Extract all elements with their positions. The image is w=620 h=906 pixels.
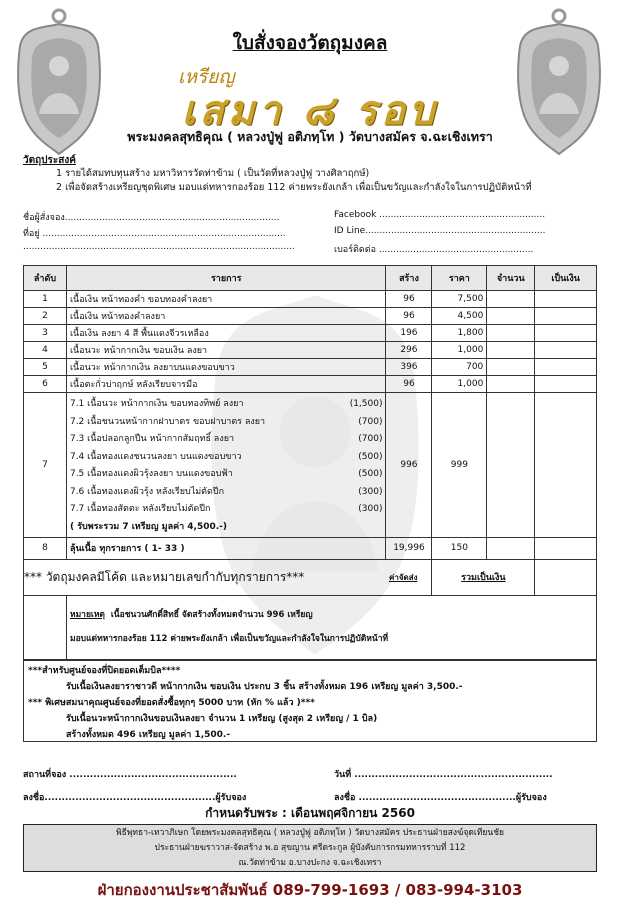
promo-line: *** พิเศษสมนาคุณศูนย์จองที่ยอดสั่งซื้อทุ… [28,695,592,711]
table-row: 8 ลุ้นเนื้อ ทุกรายการ ( 1- 33 ) 19,996 1… [24,537,597,559]
col-amount: เป็นเงิน [535,266,597,291]
sub-item-price: (500) [358,449,382,467]
amount-cell[interactable] [535,537,597,559]
remark-row: หมายเหตุ เนื้อชนวนศักดิ์สิทธิ์ จัดสร้างท… [24,595,597,659]
address-field-2[interactable]: ........................................… [23,242,295,252]
row-no: 1 [24,291,67,308]
amount-cell[interactable] [535,291,597,308]
remark-line1: เนื้อชนวนศักดิ์สิทธิ์ จัดสร้างทั้งหมดจำน… [111,610,313,620]
amount-cell[interactable] [535,342,597,359]
address-field[interactable]: ที่อยู่ ................................… [23,226,286,240]
sub-item-label: 7.3 เนื้อปลอกลูกปืน หน้ากากสัมฤทธิ์ ลงยา [70,431,234,449]
contact-line: ฝ่ายกองงานประชาสัมพันธ์ 089-799-1693 / 0… [0,878,620,902]
total-label: รวมเป็นเงิน [432,559,535,595]
date-field[interactable]: วันที่ .................................… [334,767,553,781]
purpose-item: 1 รายได้สมทบทุนสร้าง มหาวิหารวัดท่าข้าม … [56,166,369,181]
row-no: 7 [24,393,67,538]
table-row: 1เนื้อเงิน หน้าทองคำ ขอบทองคำลงยา967,500 [24,291,597,308]
sub-item: 7.6 เนื้อทองแดงผิวรุ้ง หลังเรียบไม่ตัดปี… [70,484,383,502]
code-note-row: *** วัตถุมงคลมีโค้ด และหมายเลขกำกับทุกรา… [24,559,597,595]
sub-item: 7.3 เนื้อปลอกลูกปืน หน้ากากสัมฤทธิ์ ลงยา… [70,431,383,449]
row7-items: 7.1 เนื้อนวะ หน้ากากเงิน ขอบทองทิพย์ ลงย… [66,393,386,538]
row-no: 3 [24,325,67,342]
sub-item-label: 7.5 เนื้อทองแดงผิวรุ้งลงยา บนแดงขอบฟ้า [70,466,233,484]
amount-cell[interactable] [535,308,597,325]
deadline: กำหนดรับพระ : เดือนพฤศจิกายน 2560 [0,804,620,823]
qty-cell[interactable] [487,537,535,559]
ceremony-line: ประธานฝ่ายฆราวาส-จัดสร้าง พ.อ สุขญาน ศรี… [24,841,596,856]
sub-item-label: 7.7 เนื้อทองสัตตะ หลังเรียบไม่ตัดปีก [70,501,210,519]
row-made: 96 [386,308,432,325]
sub-item: 7.1 เนื้อนวะ หน้ากากเงิน ขอบทองทิพย์ ลงย… [70,396,383,414]
amount-cell[interactable] [535,393,597,538]
table-row: 7 7.1 เนื้อนวะ หน้ากากเงิน ขอบทองทิพย์ ล… [24,393,597,538]
row-price: 7,500 [432,291,487,308]
amount-cell[interactable] [535,359,597,376]
line-id-field[interactable]: ID Line.................................… [334,226,545,236]
sub-item: 7.5 เนื้อทองแดงผิวรุ้งลงยา บนแดงขอบฟ้า(5… [70,466,383,484]
purpose-item: 2 เพื่อจัดสร้างเหรียญชุดพิเศษ มอบแด่ทหาร… [56,180,532,195]
row-made: 296 [386,342,432,359]
ceremony-box: พิธีพุทธา-เทวาภิเษก โดยพระมงคลสุทธิคุณ (… [23,824,597,872]
col-no: ลำดับ [24,266,67,291]
signature-right[interactable]: ลงชื่อ .................................… [334,790,547,804]
qty-cell[interactable] [487,325,535,342]
row-made: 96 [386,376,432,393]
orderer-name-field[interactable]: ชื่อผู้สั่งจอง..........................… [23,210,279,224]
row-made: 19,996 [386,537,432,559]
qty-cell[interactable] [487,376,535,393]
row-item: เนื้อเงิน หน้าทองคำลงยา [66,308,386,325]
row-no: 5 [24,359,67,376]
ceremony-line: พิธีพุทธา-เทวาภิเษก โดยพระมงคลสุทธิคุณ (… [24,826,596,841]
remark-line2: มอบแด่ทหารกองร้อย 112 ค่ายพระยังเกล้า เพ… [70,627,593,651]
row-no: 4 [24,342,67,359]
row-price: 4,500 [432,308,487,325]
row-item: เนื้อเงิน หน้าทองคำ ขอบทองคำลงยา [66,291,386,308]
amount-cell[interactable] [535,376,597,393]
qty-cell[interactable] [487,308,535,325]
row-no: 8 [24,537,67,559]
row-made: 996 [386,393,432,538]
row-item: ลุ้นเนื้อ ทุกรายการ ( 1- 33 ) [66,537,386,559]
phone-field[interactable]: เบอร์ติดต่อ ............................… [334,242,533,256]
table-row: 5เนื้อนวะ หน้ากากเงิน ลงยาบนแดงขอบขาว396… [24,359,597,376]
shipping-label: ค่าจัดส่ง [386,559,432,595]
row-item: เนื้อนวะ หน้ากากเงิน ขอบเงิน ลงยา [66,342,386,359]
ceremony-line: ณ.วัดท่าข้าม อ.บางปะกง จ.ฉะเชิงเทรา [24,856,596,871]
row-made: 396 [386,359,432,376]
promo-line: สร้างทั้งหมด 496 เหรียญ มูลค่า 1,500.- [28,727,592,743]
remark-label: หมายเหตุ [70,610,105,620]
row-price: 150 [432,537,487,559]
sub-item-label: 7.1 เนื้อนวะ หน้ากากเงิน ขอบทองทิพย์ ลงย… [70,396,244,414]
col-price: ราคา [432,266,487,291]
table-row: 3เนื้อเงิน ลงยา 4 สี พื้นแดงจีวรเหลือง19… [24,325,597,342]
col-item: รายการ [66,266,386,291]
sub-item-label: 7.4 เนื้อทองแดงชนวนลงยา บนแดงขอบขาว [70,449,242,467]
sub-item-label: 7.2 เนื้อชนวนหน้ากากฝาบาตร ขอบฝาบาตร ลงย… [70,414,265,432]
promo-line: รับเนื้อเงินลงยาราชาวดี หน้ากากเงิน ขอบเ… [28,679,592,695]
table-row: 6เนื้อตะกั่วบ่าฤกษ์ หลังเรียบจารมือ961,0… [24,376,597,393]
total-amount-cell[interactable] [535,559,597,595]
sub-item: 7.2 เนื้อชนวนหน้ากากฝาบาตร ขอบฝาบาตร ลงย… [70,414,383,432]
signature-left[interactable]: ลงชื่อ..................................… [23,790,246,804]
row-no: 2 [24,308,67,325]
sub-item-price: (300) [358,484,382,502]
col-qty: จำนวน [487,266,535,291]
qty-cell[interactable] [487,359,535,376]
col-made: สร้าง [386,266,432,291]
row7-summary: ( รับพระรวม 7 เหรียญ มูลค่า 4,500.-) [70,519,383,536]
table-row: 4เนื้อนวะ หน้ากากเงิน ขอบเงิน ลงยา2961,0… [24,342,597,359]
row-price: 1,000 [432,342,487,359]
row-price: 999 [432,393,487,538]
row-no: 6 [24,376,67,393]
qty-cell[interactable] [487,393,535,538]
sub-item-price: (300) [358,501,382,519]
code-note: *** วัตถุมงคลมีโค้ด และหมายเลขกำกับทุกรา… [24,570,304,584]
row-item: เนื้อเงิน ลงยา 4 สี พื้นแดงจีวรเหลือง [66,325,386,342]
promo-line: ***สำหรับศูนย์จองที่ปิดยอดเต็มบิล**** [28,663,592,679]
row-item: เนื้อตะกั่วบ่าฤกษ์ หลังเรียบจารมือ [66,376,386,393]
table-row: 2เนื้อเงิน หน้าทองคำลงยา964,500 [24,308,597,325]
sub-item-price: (500) [358,466,382,484]
sub-item-price: (700) [358,414,382,432]
amount-cell[interactable] [535,325,597,342]
sub-item: 7.7 เนื้อทองสัตตะ หลังเรียบไม่ตัดปีก(300… [70,501,383,519]
qty-cell[interactable] [487,291,535,308]
promo-line: รับเนื้อนวะหน้ากากเงินขอบเงินลงยา จำนวน … [28,711,592,727]
row-price: 700 [432,359,487,376]
sub-item-label: 7.6 เนื้อทองแดงผิวรุ้ง หลังเรียบไม่ตัดปี… [70,484,224,502]
sub-item: 7.4 เนื้อทองแดงชนวนลงยา บนแดงขอบขาว(500) [70,449,383,467]
sub-item-price: (700) [358,431,382,449]
order-table: ลำดับ รายการ สร้าง ราคา จำนวน เป็นเงิน 1… [23,265,597,660]
page-title: ใบสั่งจองวัตถุมงคล [0,28,620,58]
qty-cell[interactable] [487,342,535,359]
row-item: เนื้อนวะ หน้ากากเงิน ลงยาบนแดงขอบขาว [66,359,386,376]
monk-line: พระมงคลสุทธิคุณ ( หลวงปู่ฟู อติภทฺโท ) ว… [0,127,620,147]
facebook-field[interactable]: Facebook ...............................… [334,210,545,220]
row-price: 1,800 [432,325,487,342]
row-made: 96 [386,291,432,308]
booking-place-field[interactable]: สถานที่จอง .............................… [23,767,237,781]
table-header-row: ลำดับ รายการ สร้าง ราคา จำนวน เป็นเงิน [24,266,597,291]
row-made: 196 [386,325,432,342]
sub-item-price: (1,500) [350,396,383,414]
row-price: 1,000 [432,376,487,393]
promo-box: ***สำหรับศูนย์จองที่ปิดยอดเต็มบิล**** รั… [23,660,597,742]
